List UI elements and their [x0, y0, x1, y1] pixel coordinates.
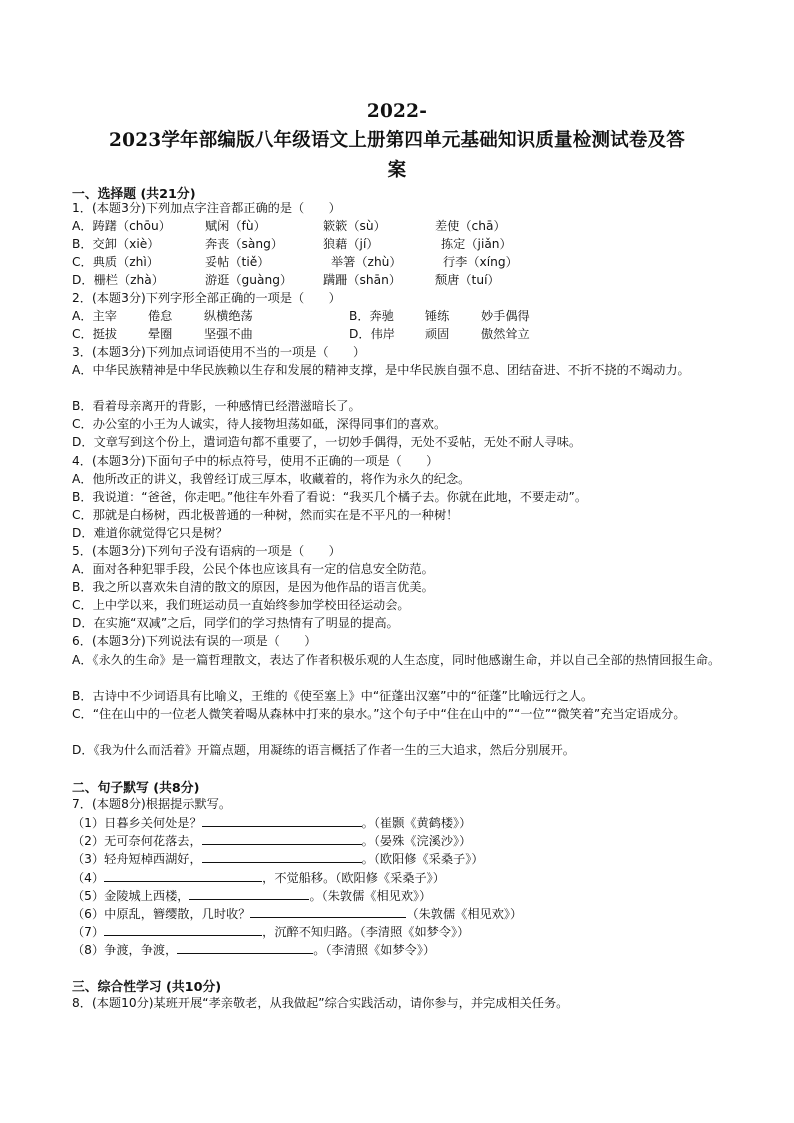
- q6-option-b: B．古诗中不少词语具有比喻义，王维的《使至塞上》中“征蓬出汉塞”中的“征蓬”比喻…: [72, 687, 593, 705]
- q5-option-d: D．在实施“双减”之后，同学们的学习热情有了明显的提高。: [72, 614, 399, 632]
- q4-option-c: C．那就是白杨树，西北极普通的一种树，然而实在是不平凡的一种树！: [72, 506, 458, 524]
- q5-option-c: C．上中学以来，我们班运动员一直始终参加学校田径运动会。: [72, 596, 410, 614]
- q7-item-3: （3）轻舟短棹西湖好，。（欧阳修《采桑子》）: [72, 849, 484, 868]
- q1-c-4: 行李（xíng）: [443, 253, 518, 271]
- q1-d-3: 蹒跚（shān）: [323, 271, 401, 289]
- item-number: （6）: [72, 907, 104, 921]
- section-heading-comprehensive: 三、综合性学习 (共10分): [72, 976, 221, 995]
- q1-d-4: 颓唐（tuí）: [435, 271, 500, 289]
- question-3-stem: 3．(本题3分)下列加点词语使用不当的一项是（ ）: [72, 343, 365, 361]
- q7-item-2: （2）无可奈何花落去，。（晏殊《浣溪沙》）: [72, 831, 471, 850]
- question-5-stem: 5．(本题3分)下列句子没有语病的一项是（ ）: [72, 542, 341, 560]
- q1-a-2: 赋闲（fù）: [205, 217, 266, 235]
- item-prompt: 无可奈何花落去，: [104, 834, 202, 848]
- item-number: （8）: [72, 943, 104, 957]
- q6-option-c: C．“住在山中的一位老人微笑着喝从森林中打来的泉水。”这个句子中“住在山中的”“…: [72, 705, 722, 723]
- q1-b-1: B．交卸（xiè）: [72, 235, 159, 253]
- item-prompt: 日暮乡关何处是？: [104, 816, 202, 830]
- q3-option-a: A．中华民族精神是中华民族赖以生存和发展的精神支撑，是中华民族自强不息、团结奋进…: [72, 361, 722, 379]
- item-prompt: 轻舟短棹西湖好，: [104, 852, 202, 866]
- q7-item-7: （7），沉醉不知归路。（李清照《如梦令》）: [72, 922, 469, 941]
- item-source: 。（崔颢《黄鹤楼》）: [362, 816, 472, 830]
- question-4-stem: 4．(本题3分)下面句子中的标点符号，使用不正确的一项是（ ）: [72, 452, 438, 470]
- q7-item-8: （8）争渡，争渡，。（李清照《如梦令》）: [72, 940, 435, 959]
- answer-blank-7[interactable]: [104, 922, 262, 936]
- answer-blank-2[interactable]: [202, 831, 362, 845]
- item-number: （7）: [72, 925, 104, 939]
- q3-option-d: D．文章写到这个份上，遣词造句都不重要了，一切妙手偶得，无处不妥帖，无处不耐人寻…: [72, 433, 581, 451]
- q1-c-2: 妥帖（tiě）: [205, 253, 269, 271]
- q3-option-c: C．办公室的小王为人诚实，待人接物坦荡如砥，深得同事们的喜欢。: [72, 415, 446, 433]
- q7-item-6: （6）中原乱，簪缨散，几时收？（朱敦儒《相见欢》）: [72, 904, 522, 923]
- item-number: （2）: [72, 834, 104, 848]
- q5-option-a: A．面对各种犯罪手段，公民个体也应该具有一定的信息安全防范。: [72, 560, 434, 578]
- item-source: 。（朱敦儒《相见欢》）: [309, 889, 431, 903]
- answer-blank-6[interactable]: [250, 904, 406, 918]
- title-line-2: 2023学年部编版八年级语文上册第四单元基础知识质量检测试卷及答: [0, 126, 794, 152]
- question-7-stem: 7．(本题8分)根据提示默写。: [72, 795, 231, 813]
- q3-option-b: B．看着母亲离开的背影，一种感情已经潜滋暗长了。: [72, 397, 361, 415]
- item-number: （1）: [72, 816, 104, 830]
- item-source: 。（李清照《如梦令》）: [313, 943, 435, 957]
- q4-option-d: D．难道你就觉得它只是树？: [72, 524, 228, 542]
- title-line-1: 2022-: [0, 101, 794, 122]
- q7-item-4: （4），不觉船移。（欧阳修《采桑子》）: [72, 868, 445, 887]
- item-prompt: 金陵城上西楼，: [104, 889, 189, 903]
- q2-c-1: C．挺拔: [72, 325, 117, 343]
- exam-page: 2022- 2023学年部编版八年级语文上册第四单元基础知识质量检测试卷及答 案…: [0, 0, 794, 1123]
- section-heading-dictation: 二、句子默写 (共8分): [72, 777, 199, 796]
- q4-option-a: A．他所改正的讲义，我曾经订成三厚本，收藏着的，将作为永久的纪念。: [72, 470, 470, 488]
- answer-blank-3[interactable]: [202, 849, 362, 863]
- title-line-3: 案: [0, 156, 794, 182]
- item-number: （5）: [72, 889, 104, 903]
- q2-a-1: A．主宰: [72, 307, 117, 325]
- answer-blank-8[interactable]: [177, 940, 313, 954]
- item-source: 。（晏殊《浣溪沙》）: [362, 834, 472, 848]
- q1-d-1: D．栅栏（zhà）: [72, 271, 164, 289]
- q2-d-3: 傲然耸立: [481, 325, 530, 343]
- item-number: （3）: [72, 852, 104, 866]
- q1-b-4: 拣定（jiǎn）: [441, 235, 512, 253]
- question-1-stem: 1．(本题3分)下列加点字注音都正确的是（ ）: [72, 199, 341, 217]
- q2-a-3: 纵横绝荡: [204, 307, 253, 325]
- q1-a-3: 簌簌（sù）: [323, 217, 386, 235]
- q7-item-5: （5）金陵城上西楼，。（朱敦儒《相见欢》）: [72, 886, 431, 905]
- q2-b-1: B．奔驰: [349, 307, 394, 325]
- q1-d-2: 游逛（guàng）: [205, 271, 292, 289]
- item-source: ，不觉船移。（欧阳修《采桑子》）: [262, 871, 445, 885]
- q1-c-3: 举箸（zhù）: [331, 253, 402, 271]
- q1-b-2: 奔丧（sàng）: [205, 235, 283, 253]
- q2-d-1: D．伟岸: [349, 325, 395, 343]
- item-prompt: 中原乱，簪缨散，几时收？: [104, 907, 250, 921]
- question-6-stem: 6．(本题3分)下列说法有误的一项是（ ）: [72, 632, 316, 650]
- q2-c-3: 坚强不曲: [204, 325, 253, 343]
- q2-c-2: 晕圈: [148, 325, 172, 343]
- item-number: （4）: [72, 871, 104, 885]
- answer-blank-5[interactable]: [189, 886, 309, 900]
- q2-b-3: 妙手偶得: [481, 307, 530, 325]
- q2-a-2: 倦怠: [148, 307, 172, 325]
- item-source: ，沉醉不知归路。（李清照《如梦令》）: [262, 925, 469, 939]
- q7-item-1: （1）日暮乡关何处是？。（崔颢《黄鹤楼》）: [72, 813, 471, 832]
- q2-d-2: 顽固: [425, 325, 449, 343]
- q1-a-4: 差使（chā）: [435, 217, 506, 235]
- question-2-stem: 2．(本题3分)下列字形全部正确的一项是（ ）: [72, 289, 341, 307]
- answer-blank-4[interactable]: [104, 868, 262, 882]
- q1-a-1: A．踌躇（chōu）: [72, 217, 171, 235]
- answer-blank-1[interactable]: [202, 813, 362, 827]
- item-source: 。（欧阳修《采桑子》）: [362, 852, 484, 866]
- q2-b-2: 锤练: [425, 307, 449, 325]
- item-prompt: 争渡，争渡，: [104, 943, 177, 957]
- q6-option-d: D．《我为什么而活着》开篇点题，用凝练的语言概括了作者一生的三大追求，然后分别展…: [72, 741, 575, 759]
- q6-option-a: A．《永久的生命》是一篇哲理散文，表达了作者积极乐观的人生态度，同时他感谢生命，…: [72, 651, 722, 669]
- q1-c-1: C．典质（zhì）: [72, 253, 159, 271]
- q4-option-b: B．我说道：“爸爸，你走吧。”他往车外看了看说：“我买几个橘子去。你就在此地，不…: [72, 488, 587, 506]
- item-source: （朱敦儒《相见欢》）: [406, 907, 522, 921]
- question-8-stem: 8．(本题10分)某班开展“孝亲敬老，从我做起”综合实践活动，请你参与，并完成相…: [72, 994, 568, 1012]
- q1-b-3: 狼藉（jí）: [323, 235, 379, 253]
- q5-option-b: B．我之所以喜欢朱自清的散文的原因，是因为他作品的语言优美。: [72, 578, 434, 596]
